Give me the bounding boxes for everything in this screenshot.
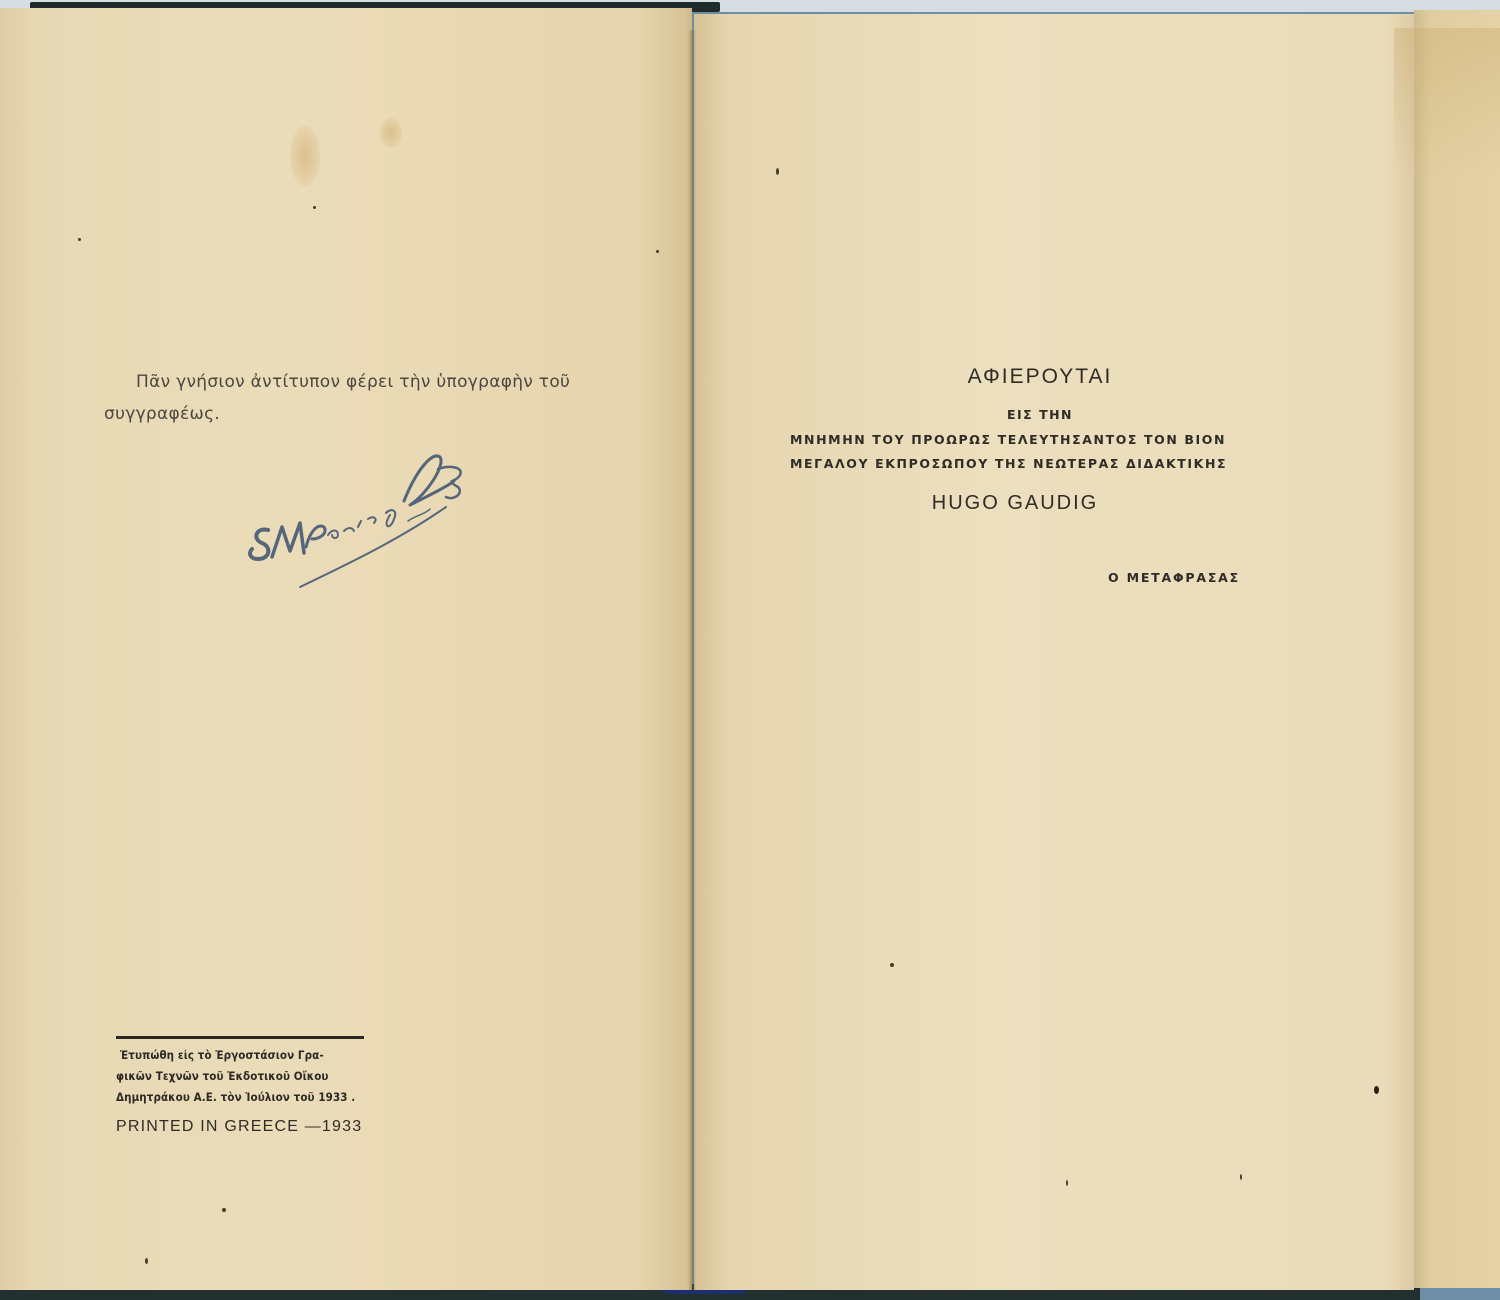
paper-speck [313,206,316,209]
right-page [694,14,1414,1290]
dedication-line-2: ΜΕΓΑΛΟΥ ΕΚΠΡΟΣΩΠΟΥ ΤΗΣ ΝΕΩΤΕΡΑΣ ΔΙΔΑΚΤΙΚ… [790,452,1260,476]
dedication-line-1: ΜΝΗΜΗΝ ΤΟΥ ΠΡΟΩΡΩΣ ΤΕΛΕΥΤΗΣΑΝΤΟΣ ΤΟΝ ΒΙΟ… [790,428,1260,452]
dedication-block: ΑΦΙΕΡΟΥΤΑΙ ΕΙΣ ΤΗΝ ΜΝΗΜΗΝ ΤΟΥ ΠΡΟΩΡΩΣ ΤΕ… [780,365,1260,515]
imprint-line-1: Ἐτυπώθη εἰς τὸ Ἐργοστάσιον Γρα- [116,1045,370,1066]
imprint-divider [116,1036,364,1039]
signature-icon [240,435,480,595]
paper-speck [656,250,659,253]
underlying-page-edge [1414,10,1500,1288]
paper-speck [890,963,894,967]
translator-signoff: Ο ΜΕΤΑΦΡΑΣΑΣ [1108,570,1240,585]
imprint-line-2: φικῶν Τεχνῶν τοῦ Ἐκδοτικοῦ Οἴκου [116,1066,370,1087]
printer-imprint: Ἐτυπώθη εἰς τὸ Ἐργοστάσιον Γρα- φικῶν Τε… [116,1036,370,1136]
paper-speck [1240,1174,1242,1180]
water-stain [1394,28,1500,178]
printed-in-greece: PRINTED IN GREECE —1933 [116,1118,370,1136]
foxing-stain [290,126,320,186]
dedicatee-name: HUGO GAUDIG [770,492,1260,515]
paper-speck [1374,1086,1379,1094]
dedication-title: ΑΦΙΕΡΟΥΤΑΙ [820,365,1260,389]
book-gutter [688,30,696,1290]
notice-line-1: Πᾶν γνήσιον ἀντίτυπον φέρει τὴν ὑπογραφὴ… [104,366,634,398]
paper-speck [145,1258,148,1264]
dedication-subtitle: ΕΙΣ ΤΗΝ [820,407,1260,422]
paper-speck [776,168,779,175]
imprint-text: Ἐτυπώθη εἰς τὸ Ἐργοστάσιον Γρα- φικῶν Τε… [116,1045,370,1108]
notice-line-2: συγγραφέως. [104,398,634,430]
imprint-line-3: Δημητράκου Α.Ε. τὸν Ἰούλιον τοῦ 1933 . [116,1087,370,1108]
paper-speck [222,1208,226,1212]
paper-speck [78,238,81,241]
author-signature [240,435,480,595]
authenticity-notice: Πᾶν γνήσιον ἀντίτυπον φέρει τὴν ὑπογραφὴ… [104,366,634,430]
foxing-stain [380,118,402,148]
paper-speck [1066,1180,1068,1186]
